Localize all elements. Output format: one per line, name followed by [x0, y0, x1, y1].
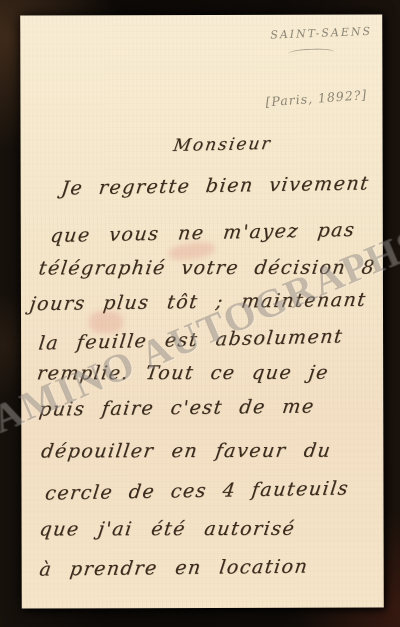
handwriting-line: dépouiller en faveur du — [40, 440, 333, 463]
pencil-underline — [288, 48, 334, 54]
handwriting-line: télégraphié votre décision 8 — [37, 257, 377, 280]
handwriting-line: que vous ne m'ayez pas — [49, 219, 357, 247]
dealer-annotation-author: SAINT-SAENS — [270, 25, 372, 42]
letter-photo: SAINT-SAENS [Paris, 1892?] Monsieur Je r… — [0, 0, 400, 627]
dealer-annotation-place-date: [Paris, 1892?] — [265, 87, 368, 109]
handwriting-line: Je regrette bien vivement — [60, 172, 371, 199]
handwriting-line: puis faire c'est de me — [38, 396, 316, 421]
handwriting-line: que j'ai été autorisé — [38, 518, 297, 541]
handwriting-line: à prendre en location — [38, 556, 310, 581]
handwriting-line: cercle de ces 4 fauteuils — [44, 477, 351, 504]
handwriting-line: jours plus tôt ; maintenant — [28, 289, 368, 315]
handwriting-line: remplie. Tout ce que je — [36, 362, 331, 385]
letter-paper: SAINT-SAENS [Paris, 1892?] Monsieur Je r… — [20, 15, 384, 609]
handwriting-line: la feuille est absolument — [37, 325, 344, 354]
salutation: Monsieur — [172, 134, 273, 156]
